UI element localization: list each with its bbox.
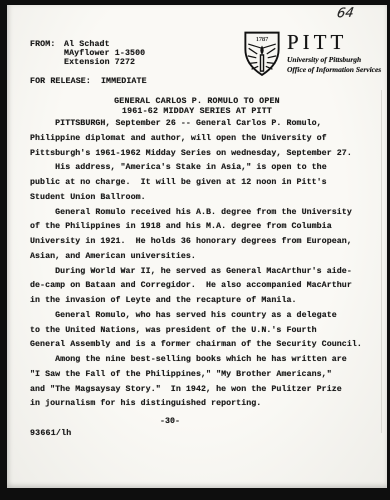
handwritten-page-number: 64 — [336, 6, 355, 22]
pitt-shield-icon: 1787 — [243, 31, 281, 77]
press-release-page: 64 FROM: Al Schadt MAyflower 1-3500 Exte… — [7, 5, 387, 488]
end-mark: -30- — [30, 417, 310, 426]
pitt-logo: 1787 PITT University of Pittsburgh Off — [243, 31, 381, 77]
from-label: FROM: — [30, 40, 64, 68]
paragraph-5: General Romulo, who has served his count… — [30, 309, 382, 353]
from-extension: Extension 7272 — [64, 58, 145, 67]
headline-line1: GENERAL CARLOS P. ROMULO TO OPEN — [7, 97, 387, 107]
paragraph-2: His address, "America's Stake in Asia," … — [30, 161, 382, 205]
org-name: University of Pittsburgh — [287, 55, 381, 65]
release-value: IMMEDIATE — [101, 77, 147, 86]
shield-year: 1787 — [256, 37, 268, 43]
headline: GENERAL CARLOS P. ROMULO TO OPEN 1961-62… — [7, 97, 387, 117]
release-label: FOR RELEASE: — [30, 77, 91, 86]
pitt-wordmark: PITT — [287, 32, 381, 52]
paragraph-6: Among the nine best-selling books which … — [30, 353, 382, 412]
page-edge-crease — [381, 90, 382, 433]
reference-number: 93661/lh — [30, 429, 71, 438]
from-name: Al Schadt — [64, 40, 145, 49]
release-row: FOR RELEASE: IMMEDIATE — [30, 77, 147, 86]
paragraph-4: During World War II, he served as Genera… — [30, 265, 382, 309]
logo-text: PITT University of Pittsburgh Office of … — [287, 31, 381, 75]
paragraph-1: PITTSBURGH, September 26 -- General Carl… — [30, 117, 382, 161]
from-contact: Al Schadt MAyflower 1-3500 Extension 727… — [64, 40, 145, 68]
paragraph-3: General Romulo received his A.B. degree … — [30, 206, 382, 265]
org-office: Office of Information Services — [287, 65, 381, 75]
from-block: FROM: Al Schadt MAyflower 1-3500 Extensi… — [30, 40, 147, 86]
headline-line2: 1961-62 MIDDAY SERIES AT PITT — [7, 107, 387, 117]
scan-border: 64 FROM: Al Schadt MAyflower 1-3500 Exte… — [0, 0, 390, 500]
body-text: PITTSBURGH, September 26 -- General Carl… — [30, 117, 382, 412]
